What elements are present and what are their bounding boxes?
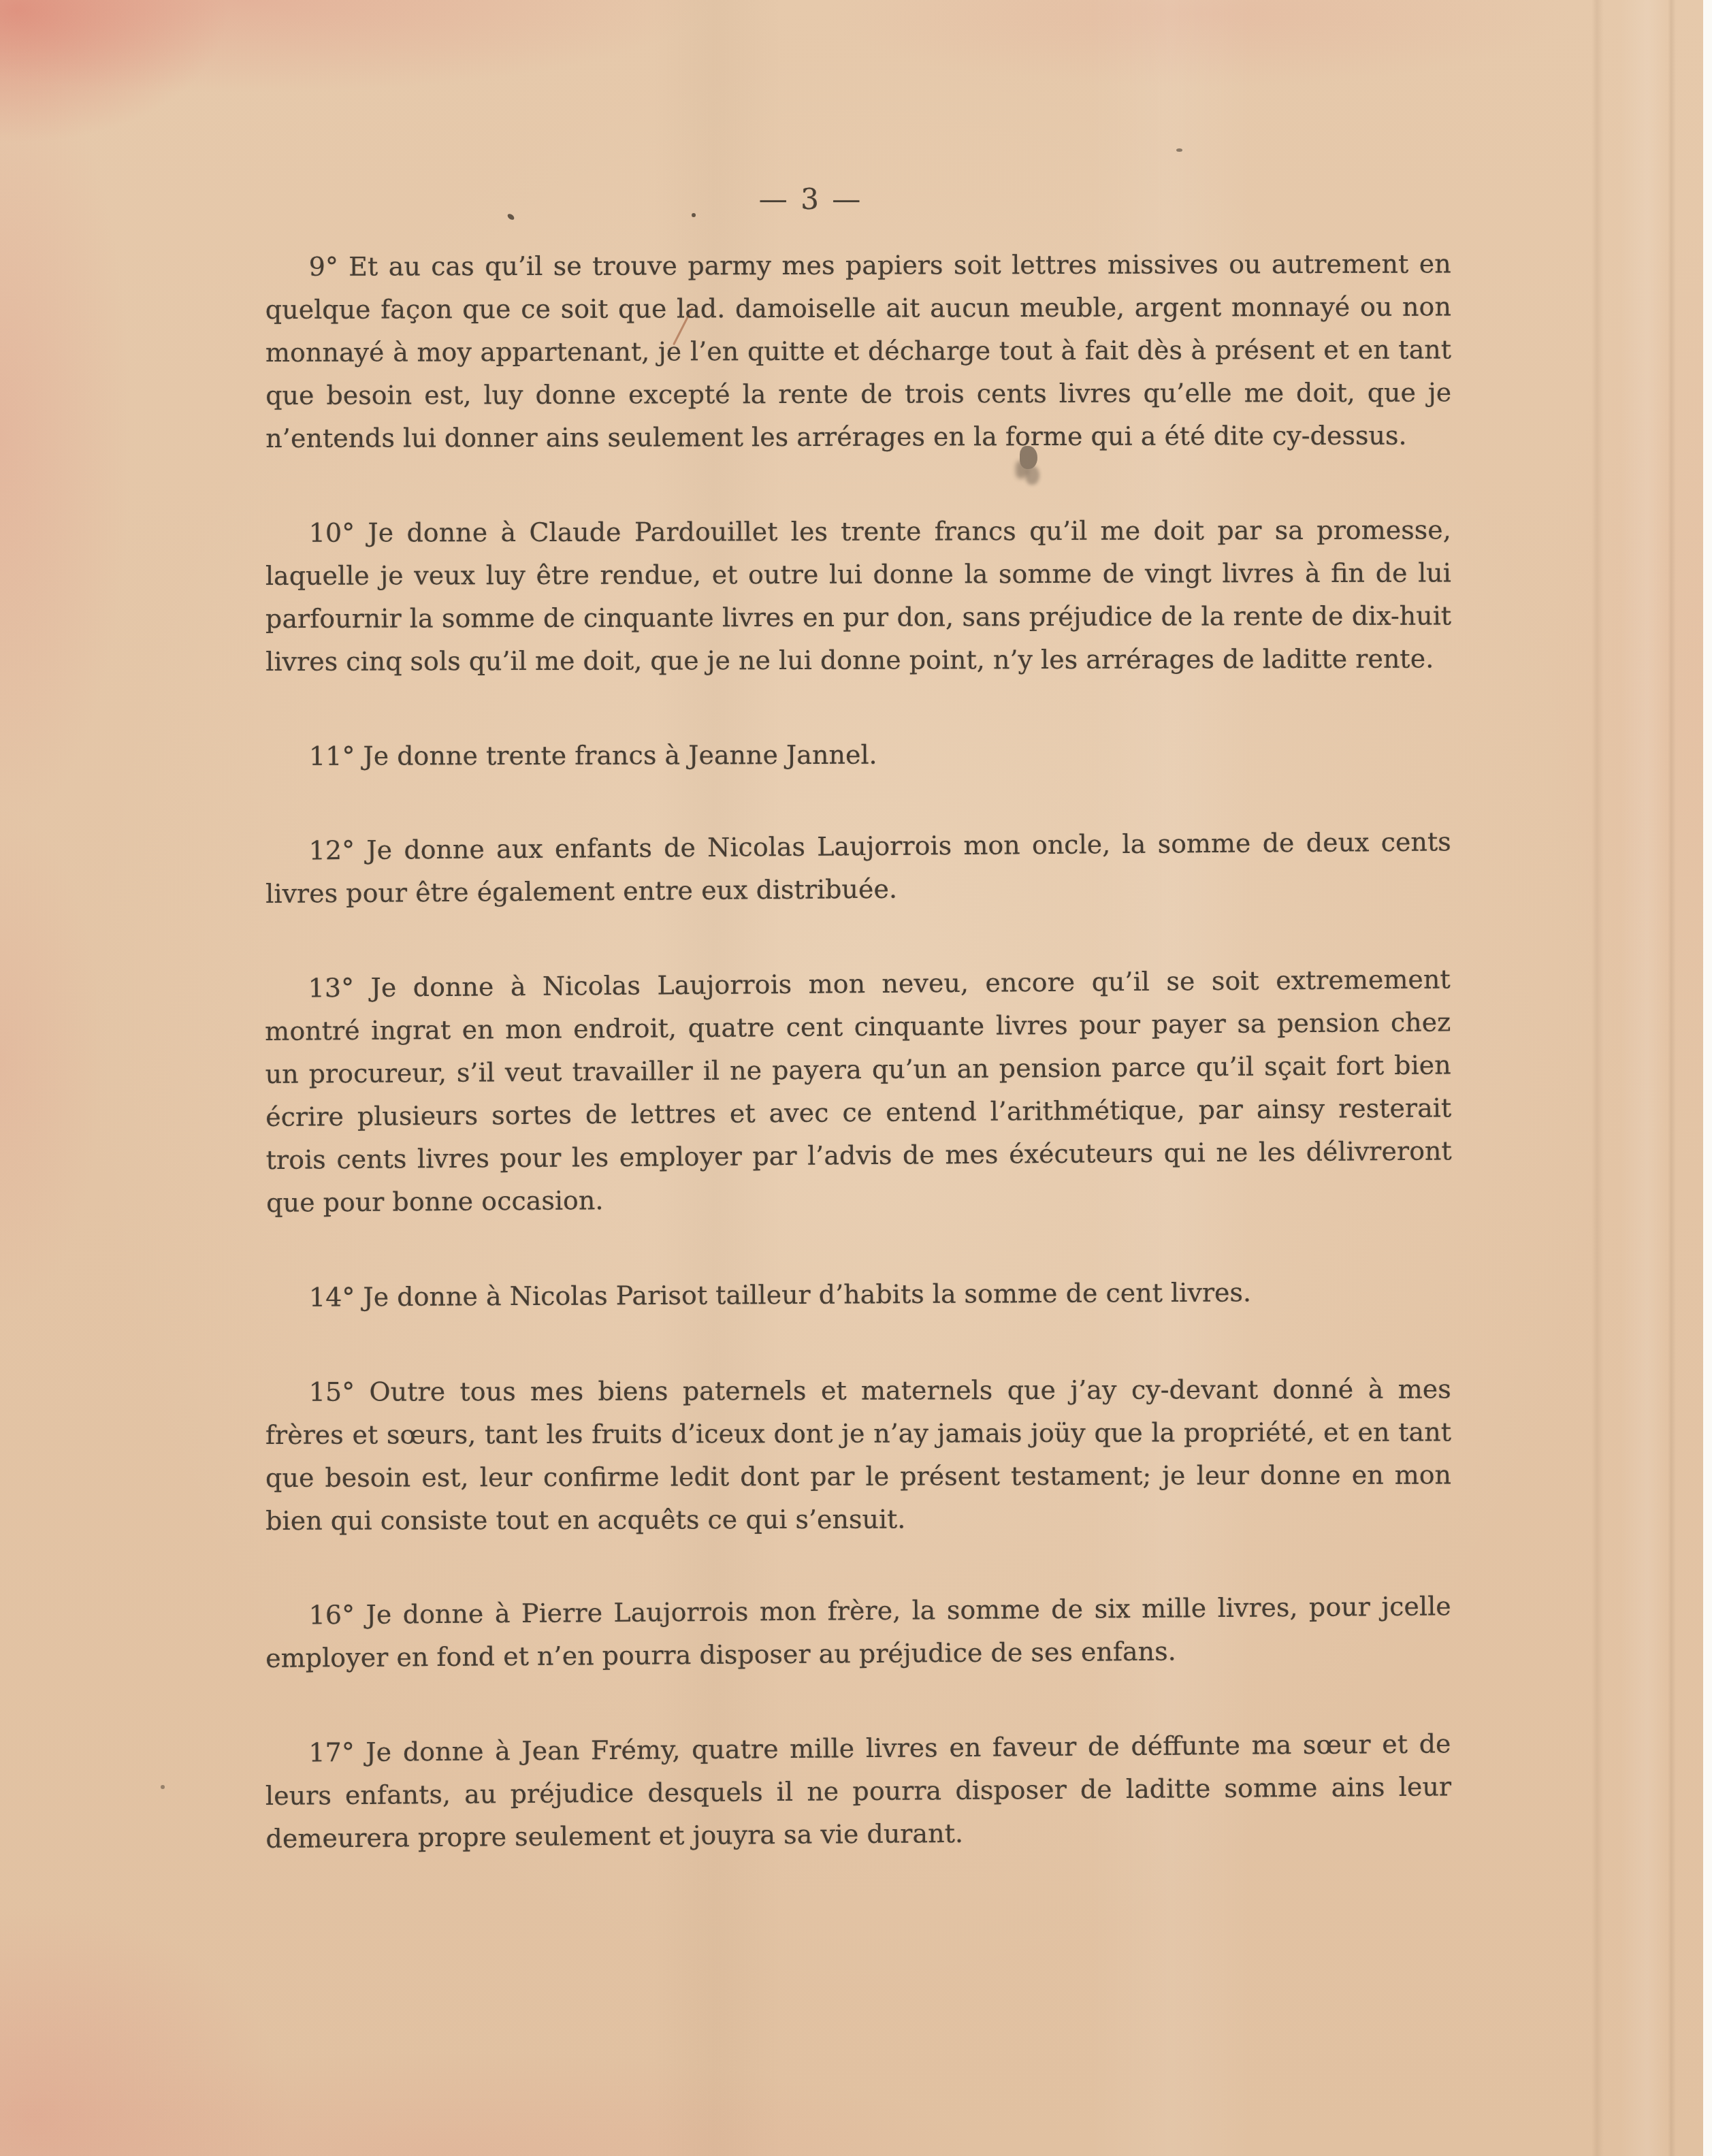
scanned-document: { "document": { "page_number": "— 3 —", … — [0, 0, 1712, 2156]
clause-number: 13° — [308, 973, 355, 1003]
paper-speck — [161, 1785, 165, 1789]
clause-number: 14° — [309, 1282, 355, 1312]
testament-clause-14: 14° Je donne à Nicolas Parisot tailleur … — [265, 1270, 1451, 1319]
clause-number: 15° — [309, 1377, 355, 1407]
clause-text: Je donne à Claude Pardouillet les trente… — [265, 515, 1451, 677]
clause-text: Je donne à Nicolas Laujorrois mon neveu,… — [265, 964, 1452, 1218]
clause-text: Et au cas qu’il se trouve parmy mes papi… — [265, 248, 1451, 453]
clause-number: 9° — [309, 252, 338, 282]
testament-clause-17: 17° Je donne à Jean Frémy, quatre mille … — [265, 1722, 1451, 1861]
clause-text: Je donne à Jean Frémy, quatre mille livr… — [265, 1728, 1451, 1854]
clause-number: 11° — [309, 741, 355, 771]
testament-clause-16: 16° Je donne à Pierre Laujorrois mon frè… — [265, 1585, 1452, 1680]
clause-text: Je donne à Nicolas Parisot tailleur d’ha… — [363, 1277, 1251, 1312]
testament-clause-12: 12° Je donne aux enfants de Nicolas Lauj… — [265, 820, 1452, 916]
document-body: — 3 — 9° Et au cas qu’il se trouve parmy… — [265, 182, 1451, 1912]
clause-number: 12° — [309, 835, 355, 866]
clause-number: 10° — [309, 518, 355, 548]
paper-sheet: — 3 — 9° Et au cas qu’il se trouve parmy… — [0, 0, 1703, 2156]
clause-text: Je donne aux enfants de Nicolas Laujorro… — [265, 826, 1451, 909]
testament-clause-15: 15° Outre tous mes biens paternels et ma… — [265, 1368, 1452, 1543]
testament-clause-10: 10° Je donne à Claude Pardouillet les tr… — [265, 509, 1452, 683]
testament-clause-13: 13° Je donne à Nicolas Laujorrois mon ne… — [265, 958, 1453, 1225]
clause-text: Je donne trente francs à Jeanne Jannel. — [363, 740, 877, 771]
clause-text: Je donne à Pierre Laujorrois mon frère, … — [265, 1591, 1451, 1673]
clause-number: 17° — [308, 1737, 355, 1768]
testament-clause-9: 9° Et au cas qu’il se trouve parmy mes p… — [265, 242, 1452, 460]
clause-text: Outre tous mes biens paternels et matern… — [265, 1374, 1451, 1536]
paper-speck — [1176, 148, 1182, 152]
testament-clause-11: 11° Je donne trente francs à Jeanne Jann… — [265, 732, 1451, 778]
clause-number: 16° — [309, 1600, 355, 1630]
page-number: — 3 — — [218, 182, 1404, 216]
